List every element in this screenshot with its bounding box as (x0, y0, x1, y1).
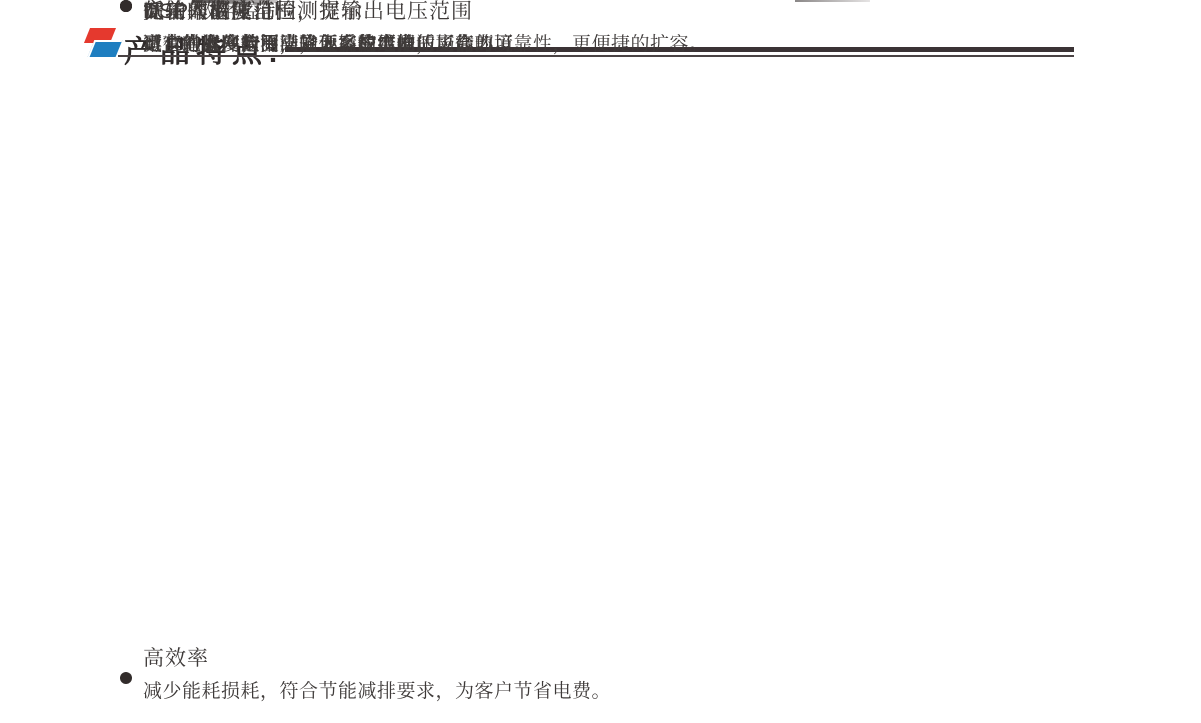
feature-description: 减少能耗损耗，符合节能减排要求，为客户节省电费。 (143, 680, 1120, 704)
bullet-icon (120, 672, 132, 684)
datasheet-page: 产品特点: 高效率 减少能耗损耗，符合节能减排要求，为客户节省电费。 高功率密度… (0, 0, 1201, 723)
feature-title: 完善的故障自检测提示 (143, 0, 1120, 24)
feature-title: 高效率 (143, 647, 1120, 671)
bullet-icon (120, 0, 132, 12)
feature-item-fault-self-detection: 完善的故障自检测提示 丰富的故障检测，方便客户维护。 (120, 0, 1120, 57)
feature-description: 丰富的故障检测，方便客户维护。 (143, 33, 1120, 57)
feature-item-high-efficiency: 高效率 减少能耗损耗，符合节能减排要求，为客户节省电费。 (120, 647, 1120, 704)
